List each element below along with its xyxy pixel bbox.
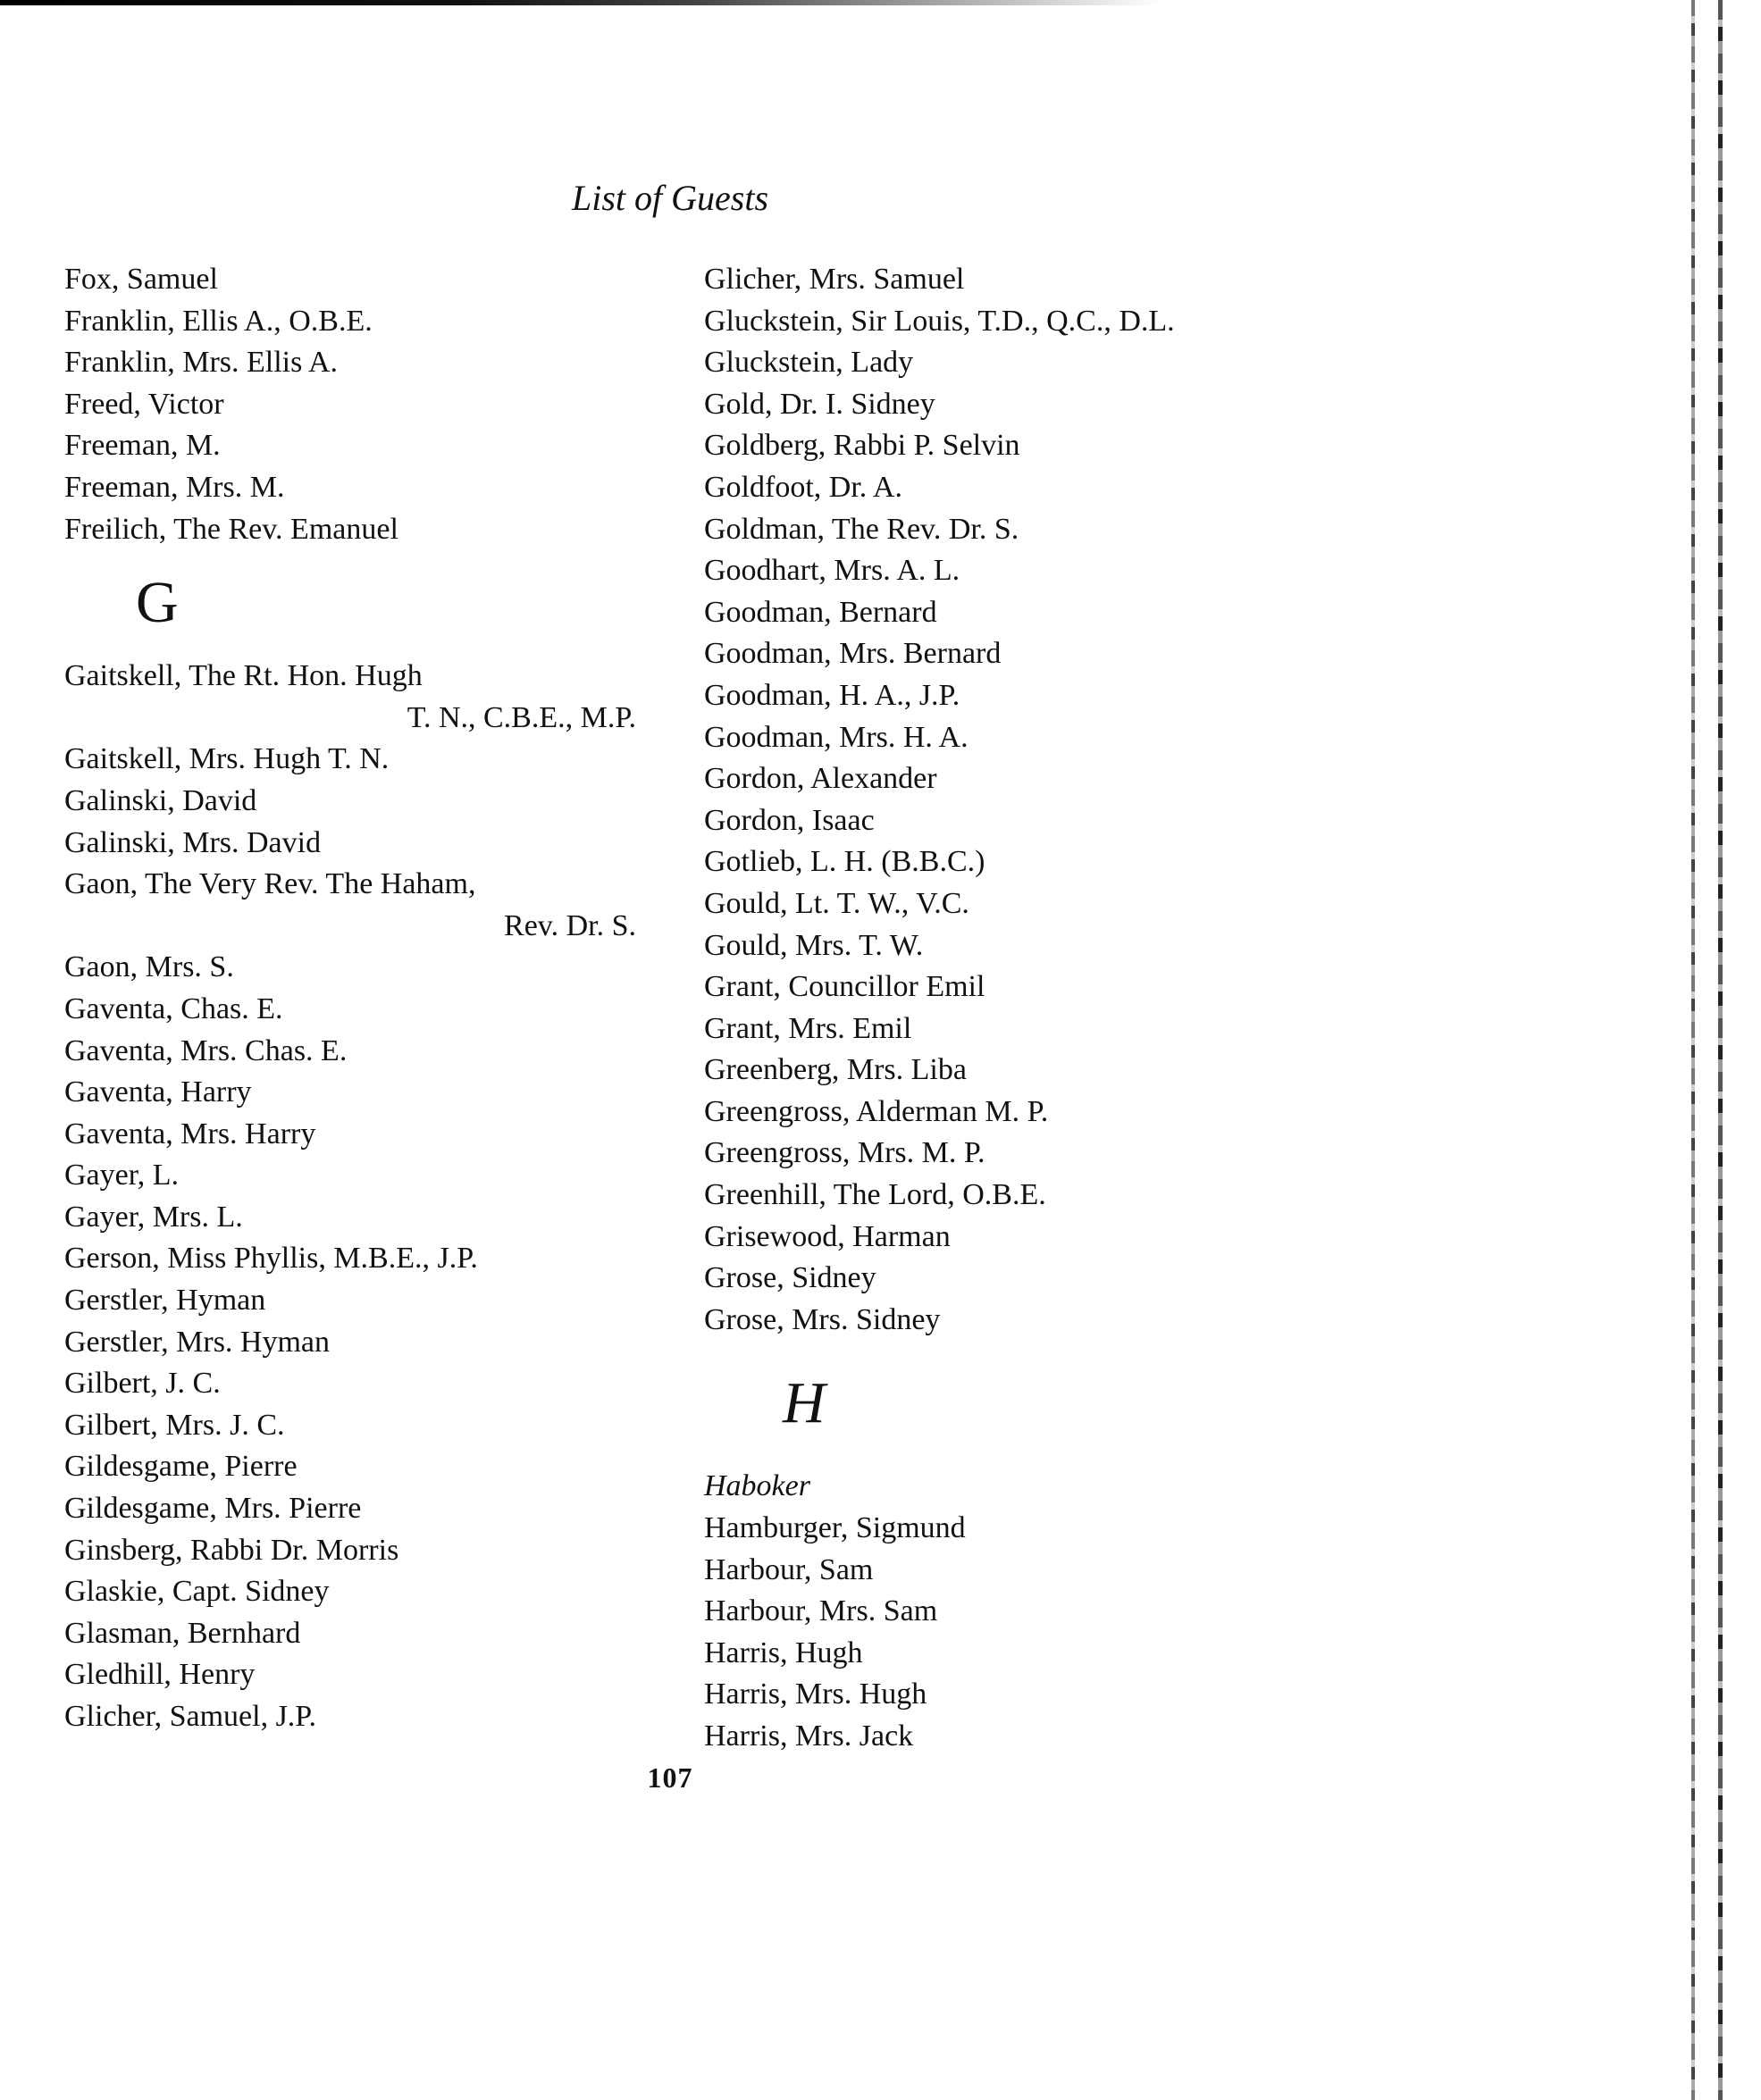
guest-entry: Gerstler, Hyman [64,1280,636,1322]
guest-entry: Gaventa, Harry [64,1072,636,1114]
guest-entry: Freilich, The Rev. Emanuel [64,509,636,551]
scan-top-edge [0,0,1161,5]
guest-entry: Gaventa, Chas. E. [64,989,636,1031]
guest-entry: Gluckstein, Lady [704,342,1329,384]
guest-entry: Greenhill, The Lord, O.B.E. [704,1175,1329,1217]
guest-entry: Gaventa, Mrs. Harry [64,1114,636,1156]
left-column: Fox, Samuel Franklin, Ellis A., O.B.E. F… [64,259,636,1738]
guest-entry: Gould, Mrs. T. W. [704,925,1329,967]
page-number: 107 [0,1761,1340,1795]
guest-entry: Gerstler, Mrs. Hyman [64,1322,636,1364]
guest-entry: Goodman, H. A., J.P. [704,675,1329,717]
guest-entry: Gledhill, Henry [64,1654,636,1696]
guest-entry: Gaventa, Mrs. Chas. E. [64,1031,636,1073]
guest-entry: Ginsberg, Rabbi Dr. Morris [64,1530,636,1572]
guest-entry: Goldman, The Rev. Dr. S. [704,509,1329,551]
guest-entry: Grant, Mrs. Emil [704,1008,1329,1050]
guest-entry: Gerson, Miss Phyllis, M.B.E., J.P. [64,1238,636,1280]
guest-entry-publication: Haboker [704,1466,1329,1508]
guest-entry: Harris, Hugh [704,1633,1329,1675]
guest-entry: Goodman, Mrs. H. A. [704,717,1329,759]
guest-entry: Grose, Mrs. Sidney [704,1300,1329,1342]
guest-entry: Gaon, The Very Rev. The Haham, Rev. Dr. … [64,864,636,947]
guest-name-continuation: Rev. Dr. S. [64,906,636,948]
guest-entry: Gaitskell, The Rt. Hon. Hugh T. N., C.B.… [64,656,636,739]
guest-entry: Glicher, Mrs. Samuel [704,259,1329,301]
guest-entry: Grisewood, Harman [704,1217,1329,1259]
guest-entry: Grant, Councillor Emil [704,966,1329,1008]
binding-line [1718,0,1723,2100]
guest-entry: Gold, Dr. I. Sidney [704,384,1329,426]
guest-entry: Hamburger, Sigmund [704,1508,1329,1550]
guest-entry: Freed, Victor [64,384,636,426]
guest-entry: Gordon, Isaac [704,800,1329,842]
guest-entry: Goldfoot, Dr. A. [704,467,1329,509]
guest-entry: Gordon, Alexander [704,758,1329,800]
guest-entry: Gayer, Mrs. L. [64,1197,636,1239]
guest-entry: Glicher, Samuel, J.P. [64,1696,636,1738]
guest-entry: Greenberg, Mrs. Liba [704,1050,1329,1092]
guest-entry: Harris, Mrs. Hugh [704,1674,1329,1716]
guest-entry: Glasman, Bernhard [64,1613,636,1655]
guest-entry: Goodman, Bernard [704,592,1329,634]
guest-entry: Grose, Sidney [704,1258,1329,1300]
scan-binding-edge [1691,0,1745,2100]
running-head: List of Guests [0,177,1340,219]
section-letter-h: H [704,1341,1329,1466]
guest-entry: Gayer, L. [64,1155,636,1197]
guest-entry: Harris, Mrs. Jack [704,1716,1329,1758]
guest-entry: Greengross, Alderman M. P. [704,1092,1329,1134]
right-column: Glicher, Mrs. Samuel Gluckstein, Sir Lou… [704,259,1329,1758]
binding-line [1691,0,1695,2100]
guest-entry: Fox, Samuel [64,259,636,301]
guest-entry: Gotlieb, L. H. (B.B.C.) [704,841,1329,883]
guest-entry: Franklin, Mrs. Ellis A. [64,342,636,384]
guest-entry: Gould, Lt. T. W., V.C. [704,883,1329,925]
g-section-continued: Glicher, Mrs. Samuel Gluckstein, Sir Lou… [704,259,1329,1341]
guest-entry: Gluckstein, Sir Louis, T.D., Q.C., D.L. [704,301,1329,343]
guest-entry: Franklin, Ellis A., O.B.E. [64,301,636,343]
guest-entry: Goldberg, Rabbi P. Selvin [704,425,1329,467]
guest-entry: Galinski, David [64,781,636,823]
guest-entry: Goodman, Mrs. Bernard [704,633,1329,675]
guest-name: Gaitskell, The Rt. Hon. Hugh [64,659,423,692]
guest-entry: Harbour, Sam [704,1550,1329,1592]
guest-entry: Harbour, Mrs. Sam [704,1591,1329,1633]
guest-entry: Goodhart, Mrs. A. L. [704,550,1329,592]
guest-entry: Freeman, M. [64,425,636,467]
guest-entry: Greengross, Mrs. M. P. [704,1133,1329,1175]
guest-entry: Freeman, Mrs. M. [64,467,636,509]
guest-entry: Galinski, Mrs. David [64,823,636,865]
guest-entry: Gilbert, Mrs. J. C. [64,1405,636,1447]
f-section: Fox, Samuel Franklin, Ellis A., O.B.E. F… [64,259,636,550]
guest-name: Gaon, The Very Rev. The Haham, [64,867,475,900]
guest-entry: Gaitskell, Mrs. Hugh T. N. [64,739,636,781]
guest-entry: Gildesgame, Pierre [64,1446,636,1488]
guest-entry: Glaskie, Capt. Sidney [64,1571,636,1613]
guest-name-continuation: T. N., C.B.E., M.P. [64,698,636,740]
guest-entry: Gilbert, J. C. [64,1363,636,1405]
section-letter-g: G [64,550,636,656]
h-section: Haboker Hamburger, Sigmund Harbour, Sam … [704,1466,1329,1757]
g-section: Gaitskell, The Rt. Hon. Hugh T. N., C.B.… [64,656,636,1737]
guest-entry: Gildesgame, Mrs. Pierre [64,1488,636,1530]
guest-entry: Gaon, Mrs. S. [64,947,636,989]
